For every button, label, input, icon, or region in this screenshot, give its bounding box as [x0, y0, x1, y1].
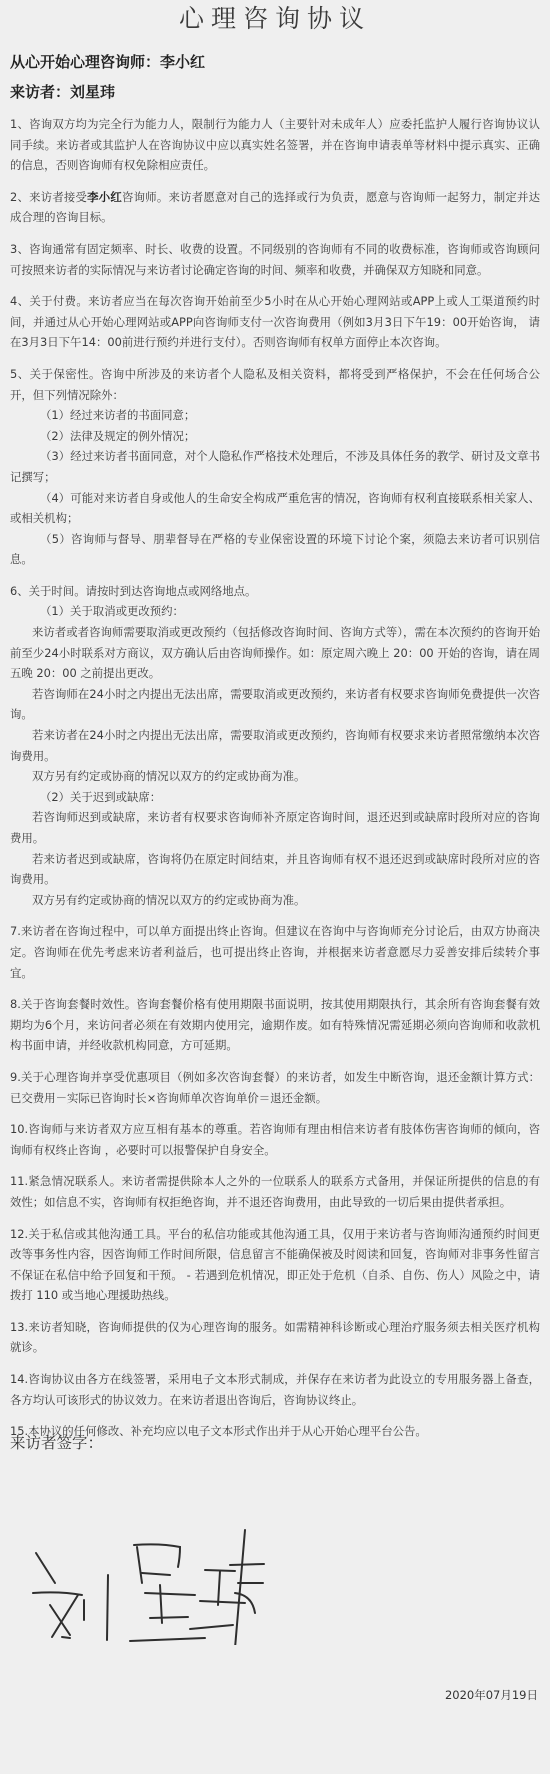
clause-8: 8.关于咨询套餐时效性。咨询套餐价格有使用期限书面说明，按其使用期限执行，其余所… [10, 994, 540, 1056]
clause-1: 1、咨询双方均为完全行为能力人，限制行为能力人（主要针对未成年人）应委托监护人履… [10, 114, 540, 176]
clause-6-sub1-item: 若咨询师在24小时之内提出无法出席，需要取消或更改预约，来访者有权要求咨询师免费… [10, 684, 540, 725]
clause-5: 5、关于保密性。咨询中所涉及的来访者个人隐私及相关资料，都将受到严格保护，不会在… [10, 364, 540, 405]
clause-6-sub2-item: 若咨询师迟到或缺席，来访者有权要求咨询师补齐原定咨询时间，退还迟到或缺席时段所对… [10, 807, 540, 848]
clause-5-item: （2）法律及规定的例外情况； [10, 426, 540, 447]
clause-13: 13.来访者知晓，咨询师提供的仅为心理咨询的服务。如需精神科诊断或心理治疗服务须… [10, 1317, 540, 1358]
clause-5-item: （4）可能对来访者自身或他人的生命安全构成严重危害的情况，咨询师有权利直接联系相… [10, 488, 540, 529]
clause-6-sub1-item: 来访者或者咨询师需要取消或更改预约（包括修改咨询时间、咨询方式等），需在本次预约… [10, 622, 540, 684]
clause-6-sub1-item: 若来访者在24小时之内提出无法出席，需要取消或更改预约，咨询师有权要求来访者照常… [10, 725, 540, 766]
clause-2: 2、来访者接受李小红咨询师。来访者愿意对自己的选择或行为负责，愿意与咨询师一起努… [10, 187, 540, 228]
signature-date: 2020年07月19日 [445, 1687, 538, 1703]
agreement-page: 心理咨询协议 从心开始心理咨询师：李小红 来访者：刘星玮 1、咨询双方均为完全行… [0, 0, 550, 1774]
counselor-name: 李小红 [87, 190, 122, 204]
visitor-line: 来访者：刘星玮 [10, 82, 115, 102]
clause-14: 14.咨询协议由各方在线签署，采用电子文本形式制成，并保存在来访者为此设立的专用… [10, 1369, 540, 1410]
clause-3: 3、咨询通常有固定频率、时长、收费的设置。不同级别的咨询师有不同的收费标准，咨询… [10, 239, 540, 280]
agreement-body: 1、咨询双方均为完全行为能力人，限制行为能力人（主要针对未成年人）应委托监护人履… [10, 114, 540, 1453]
clause-5-item: （5）咨询师与督导、朋辈督导在严格的专业保密设置的环境下讨论个案，须隐去来访者可… [10, 529, 540, 570]
clause-6-sub1-item: 双方另有约定或协商的情况以双方的约定或协商为准。 [10, 766, 540, 787]
page-title: 心理咨询协议 [0, 2, 550, 36]
clause-11: 11.紧急情况联系人。来访者需提供除本人之外的一位联系人的联系方式备用，并保证所… [10, 1171, 540, 1212]
clause-5-item: （3）经过来访者书面同意，对个人隐私作严格技术处理后，不涉及具体任务的教学、研讨… [10, 446, 540, 487]
clause-6-sub2-item: 若来访者迟到或缺席，咨询将仍在原定时间结束，并且咨询师有权不退还迟到或缺席时段所… [10, 849, 540, 890]
handwritten-signature [30, 1505, 280, 1645]
clause-12: 12.关于私信或其他沟通工具。平台的私信功能或其他沟通工具，仅用于来访者与咨询师… [10, 1224, 540, 1306]
clause-10: 10.咨询师与来访者双方应互相有基本的尊重。若咨询师有理由相信来访者有肢体伤害咨… [10, 1119, 540, 1160]
signature-label: 来访者签字： [10, 1432, 103, 1454]
clause-7: 7.来访者在咨询过程中，可以单方面提出终止咨询。但建议在咨询中与咨询师充分讨论后… [10, 921, 540, 983]
clause-6-sub2-item: 双方另有约定或协商的情况以双方的约定或协商为准。 [10, 890, 540, 911]
clause-4: 4、关于付费。来访者应当在每次咨询开始前至少5小时在从心开始心理网站或APP上或… [10, 291, 540, 353]
clause-9: 9.关于心理咨询并享受优惠项目（例如多次咨询套餐）的来访者，如发生中断咨询，退还… [10, 1067, 540, 1108]
counselor-line: 从心开始心理咨询师：李小红 [10, 52, 205, 72]
clause-2-prefix: 2、来访者接受 [10, 190, 87, 204]
clause-6: 6、关于时间。请按时到达咨询地点或网络地点。 [10, 581, 540, 602]
clause-5-item: （1）经过来访者的书面同意； [10, 405, 540, 426]
clause-6-sub1-title: （1）关于取消或更改预约： [10, 601, 540, 622]
clause-6-sub2-title: （2）关于迟到或缺席： [10, 787, 540, 808]
